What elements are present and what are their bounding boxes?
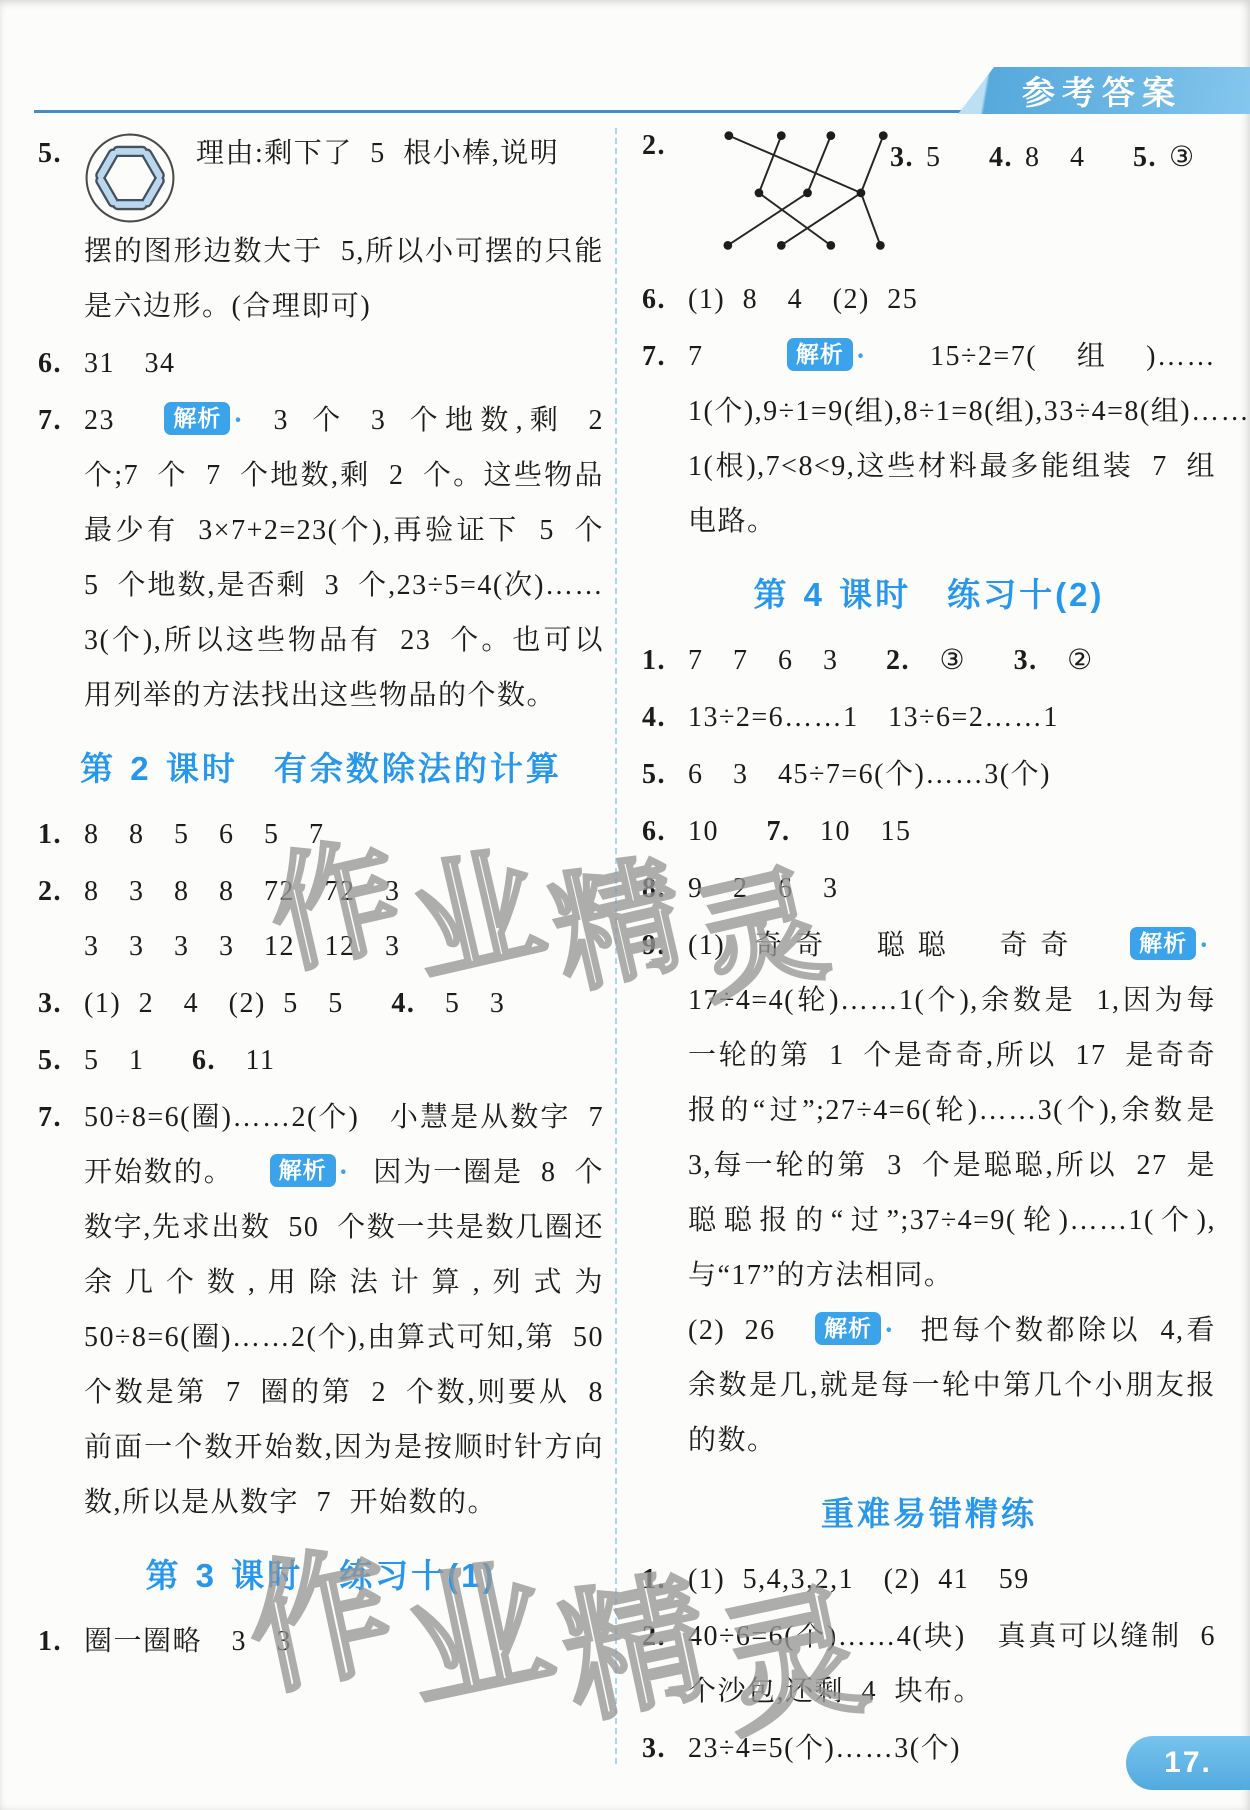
section-heading-lesson4: 第 4 课时 练习十(2) [642,573,1216,617]
item-number: 5. [38,1033,62,1088]
right-column: 2. 3.5 4.8 4 5.③ 6 [642,118,1216,1778]
item-number-inline: 7. [767,816,791,847]
item-number: 8. [642,861,666,916]
matching-lines-figure [686,122,896,258]
answer-text: (1) 2 4 (2) 5 5 [84,988,344,1019]
answer-text: 3 3 3 3 12 12 3 [84,919,604,974]
header-ribbon: 参考答案 [958,67,1250,114]
exercise-item-4: 4. 13÷2=6……1 13÷6=2……1 [642,690,1216,745]
practice-item-1: 1. 圈一圈略 3 3 [38,1614,604,1669]
exercise-item-1: 1. 8 8 5 6 5 7 [38,807,604,862]
section-heading-lesson3: 第 3 课时 练习十(1) [38,1554,604,1598]
section-heading-key-practice: 重难易错精练 [642,1492,1216,1536]
badge-dot: · [884,1315,895,1346]
answer-text: 7 [688,341,704,372]
answer-text: (1) 奇奇 聪聪 奇奇 [688,930,1081,961]
item-number: 5. [642,747,666,802]
section-heading-lesson2: 第 2 课时 有余数除法的计算 [38,747,604,791]
answer-text: 5 1 [84,1045,145,1076]
badge-dot: · [233,405,244,436]
item-number-inline: 5. [1133,142,1157,173]
item-number: 1. [38,1614,62,1669]
item-number: 7. [642,329,666,384]
item-number: 9. [642,918,666,973]
answer-item-2-matching: 2. 3.5 4.8 4 5.③ [642,118,1216,270]
item-number-inline: 2. [886,645,910,676]
analysis-badge: 解析 [164,402,230,435]
answer-text: 23÷4=5(个)……3(个) [688,1733,961,1764]
answer-text: 8 8 5 6 5 7 [84,819,325,850]
exercise-item-3-4: 3. (1) 2 4 (2) 5 5 4. 5 3 [38,976,604,1031]
column-divider [615,128,617,1764]
practice-item-1: 1. (1) 5,4,3,2,1 (2) 41 59 [642,1552,1216,1607]
exercise-item-8: 8. 9 2 6 3 [642,861,1216,916]
answer-text: 10 15 [820,816,912,847]
answer-text: 11 [246,1045,276,1076]
page-title: 参考答案 [1022,67,1182,114]
hexagon-sticks-icon [84,132,176,224]
answer-text: 5 3 [445,988,506,1019]
item-number: 3. [38,976,62,1031]
item-number: 2. [642,118,666,173]
answer-item-7: 7. 7 解析· 15÷2=7(组)……1(个),9÷1=9(组),8÷1=8(… [642,329,1216,549]
answer-text: 5 [926,142,942,173]
analysis-badge: 解析 [1130,927,1196,960]
answer-text: 9 2 6 3 [688,873,839,904]
item-number-inline: 6. [192,1045,216,1076]
item-number: 2. [642,1609,666,1664]
answer-item-6: 6. (1) 8 4 (2) 25 [642,272,1216,327]
answer-text: 10 [688,816,719,847]
exercise-item-5-6: 5. 5 1 6. 11 [38,1033,604,1088]
answer-text: ③ [940,645,967,676]
analysis-text: 17÷4=4(轮)……1(个),余数是 1,因为每一轮的第 1 个是奇奇,所以 … [688,985,1216,1291]
answer-text: 40÷6=6(个)……4(块) 真真可以缝制 6 个沙包,还剩 4 块布。 [688,1621,1216,1707]
answer-text: 理由:剩下了 5 根小棒,说明 [196,126,559,181]
answer-text: 6 3 45÷7=6(个)……3(个) [688,759,1051,790]
item-number-inline: 4. [391,988,415,1019]
analysis-badge: 解析 [270,1154,336,1187]
item-number: 6. [642,272,666,327]
item-number: 3. [642,1721,666,1776]
answer-item-5: 5. 理由:剩下了 5 根小棒,说明 摆的 [38,126,604,334]
answer-text: 7 7 6 3 [688,645,839,676]
page-number-badge: 17. [1126,1736,1250,1790]
item-number: 5. [38,126,62,181]
answer-text: (1) 8 4 (2) 25 [688,284,918,315]
exercise-item-2: 2. 8 3 8 8 72 72 3 3 3 3 3 12 12 3 [38,864,604,974]
exercise-item-6-7: 6. 10 7. 10 15 [642,804,1216,859]
analysis-badge: 解析 [787,338,853,371]
exercise-item-1-2-3: 1. 7 7 6 3 2. ③ 3. ② [642,633,1216,688]
analysis-text: 15÷2=7(组)……1(个),9÷1=9(组),8÷1=8(组),33÷4=8… [688,341,1250,537]
item-number: 7. [38,1090,62,1145]
answer-text: ③ [1169,142,1196,173]
item-number: 2. [38,864,62,919]
workbook-answer-page: 参考答案 5. 理 [0,0,1250,1810]
item-number: 4. [642,690,666,745]
answer-text: (1) 5,4,3,2,1 (2) 41 59 [688,1564,1030,1595]
item-number: 6. [38,336,62,391]
answer-text: (2) 26 [688,1315,776,1346]
exercise-item-9: 9. (1) 奇奇 聪聪 奇奇 解析· 17÷4=4(轮)……1(个),余数是 … [642,918,1216,1468]
page-number: 17. [1164,1746,1212,1780]
analysis-badge: 解析 [815,1312,881,1345]
answer-text: 圈一圈略 3 3 [84,1626,292,1657]
answer-text: 8 3 8 8 72 72 3 [84,864,604,919]
answer-item-7: 7. 23 解析· 3 个 3 个地数,剩 2 个;7 个 7 个地数,剩 2 … [38,393,604,723]
answer-text: 8 4 [1025,142,1086,173]
item-number-inline: 3. [890,142,914,173]
item-number: 7. [38,393,62,448]
item-number: 1. [642,1552,666,1607]
badge-dot: · [339,1157,350,1188]
analysis-text: 因为一圈是 8 个数字,先求出数 50 个数一共是数几圈还余几个数,用除法计算,… [84,1157,604,1518]
analysis-text: 3 个 3 个地数,剩 2 个;7 个 7 个地数,剩 2 个。这些物品最少有 … [84,405,604,711]
answer-text: 摆的图形边数大于 5,所以小可摆的只能是六边形。(合理即可) [84,224,604,334]
inline-answers-row: 3.5 4.8 4 5.③ [890,130,1196,185]
sub-answer: (2) 26 解析· 把每个数都除以 4,看余数是几,就是每一轮中第几个小朋友报… [688,1303,1216,1468]
badge-dot: · [856,341,867,372]
item-number-inline: 3. [1014,645,1038,676]
badge-dot: · [1199,930,1210,961]
item-number: 1. [38,807,62,862]
item-number: 6. [642,804,666,859]
item-number-inline: 4. [989,142,1013,173]
answer-text: ② [1067,645,1094,676]
practice-item-2: 2. 40÷6=6(个)……4(块) 真真可以缝制 6 个沙包,还剩 4 块布。 [642,1609,1216,1719]
answer-text: 23 [84,405,115,436]
exercise-item-7: 7. 50÷8=6(圈)……2(个) 小慧是从数字 7 开始数的。 解析· 因为… [38,1090,604,1530]
answer-text: 31 34 [84,348,176,379]
item-number: 1. [642,633,666,688]
answer-text: 13÷2=6……1 13÷6=2……1 [688,702,1059,733]
answer-item-6: 6. 31 34 [38,336,604,391]
left-column: 5. 理由:剩下了 5 根小棒,说明 摆的 [38,126,604,1671]
exercise-item-5: 5. 6 3 45÷7=6(个)……3(个) [642,747,1216,802]
